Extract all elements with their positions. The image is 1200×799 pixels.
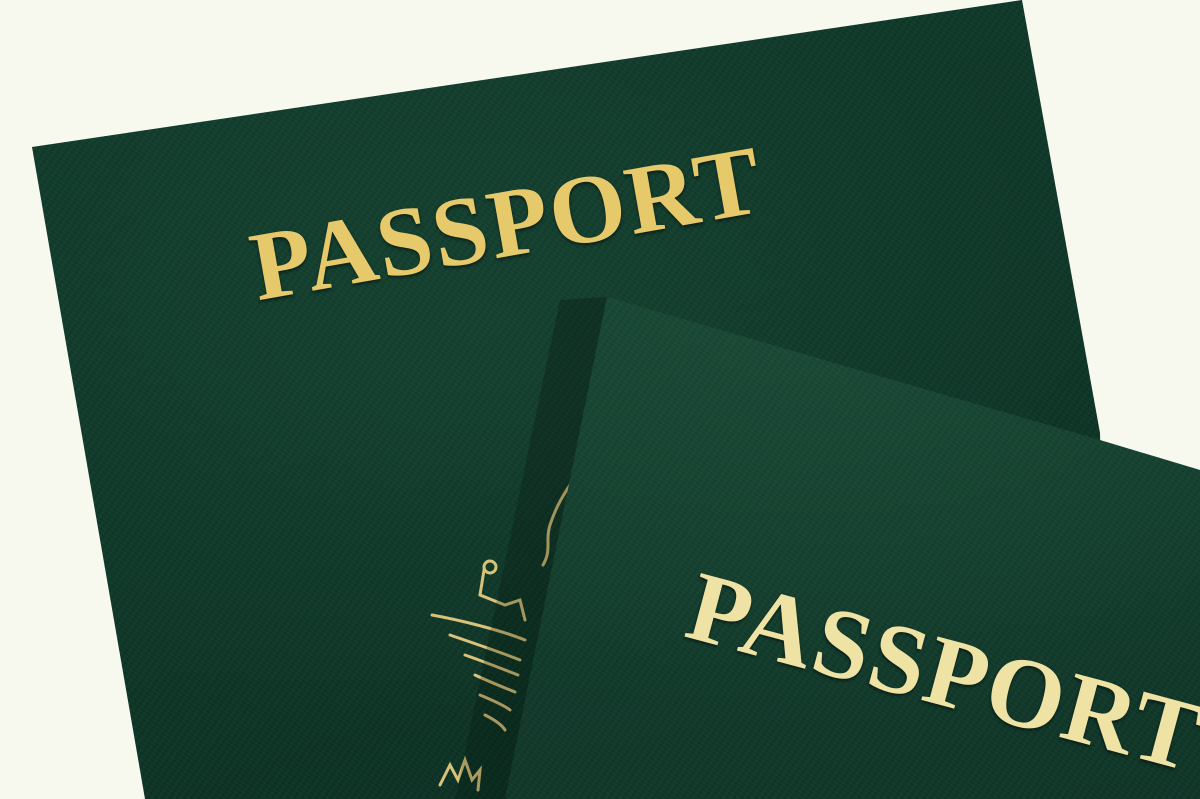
photo-scene: PASSPORT PASSPORT bbox=[0, 0, 1200, 799]
